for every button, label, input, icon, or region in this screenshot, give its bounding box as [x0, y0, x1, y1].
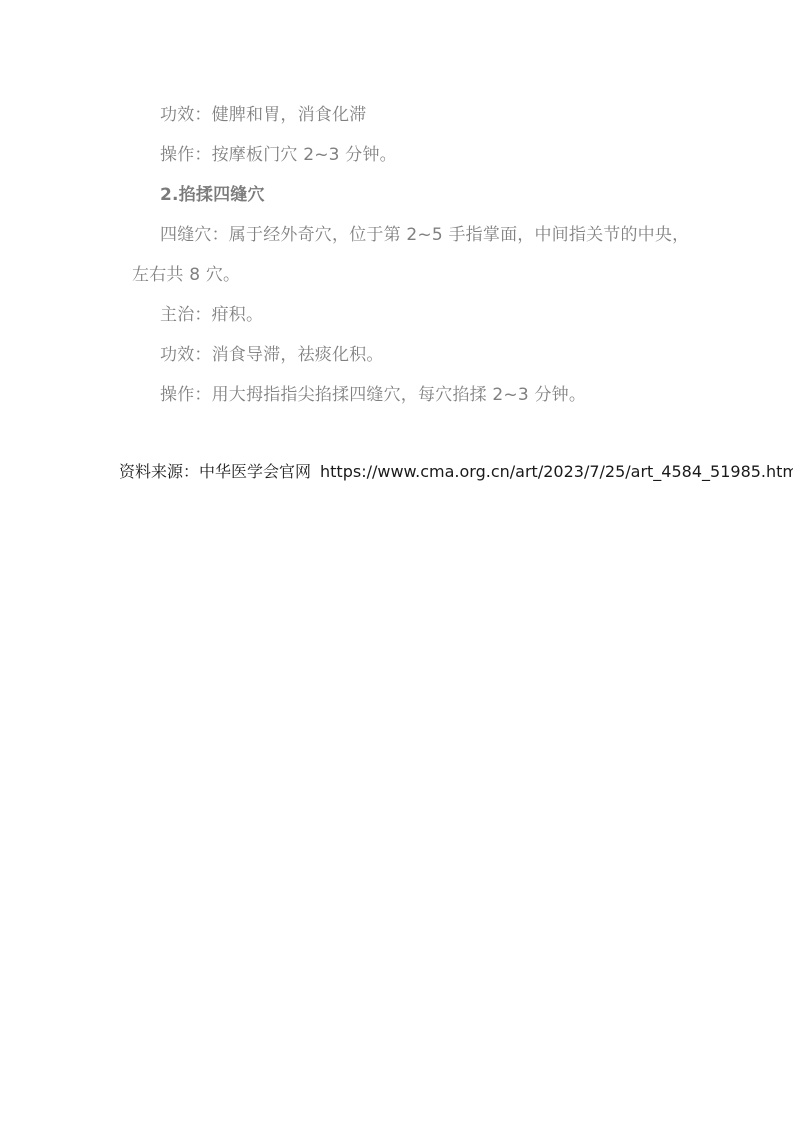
paragraph-gongxiao-sifeng: 功效：消食导滞，祛痰化积。 — [132, 335, 677, 375]
source-url: https://www.cma.org.cn/art/2023/7/25/art… — [320, 462, 793, 481]
paragraph-gongxiao-banmen: 功效：健脾和胃，消食化滞 — [132, 95, 677, 135]
paragraph-caozuo-banmen: 操作：按摩板门穴 2~3 分钟。 — [132, 135, 677, 175]
paragraph-sifengxue-location-line1: 四缝穴：属于经外奇穴，位于第 2~5 手指掌面，中间指关节的中央， — [132, 215, 677, 255]
document-body: 功效：健脾和胃，消食化滞 操作：按摩板门穴 2~3 分钟。 2.掐揉四缝穴 四缝… — [132, 95, 677, 415]
document-page: 功效：健脾和胃，消食化滞 操作：按摩板门穴 2~3 分钟。 2.掐揉四缝穴 四缝… — [0, 0, 793, 1122]
paragraph-caozuo-sifeng: 操作：用大拇指指尖掐揉四缝穴，每穴掐揉 2~3 分钟。 — [132, 375, 677, 415]
paragraph-sifengxue-location-line2: 左右共 8 穴。 — [132, 255, 677, 295]
heading-qiarou-sifengxue: 2.掐揉四缝穴 — [132, 175, 677, 215]
paragraph-zhuzhi: 主治：疳积。 — [132, 295, 677, 335]
source-attribution: 资料来源：中华医学会官网https://www.cma.org.cn/art/2… — [119, 460, 793, 484]
source-label: 资料来源：中华医学会官网 — [119, 462, 311, 481]
